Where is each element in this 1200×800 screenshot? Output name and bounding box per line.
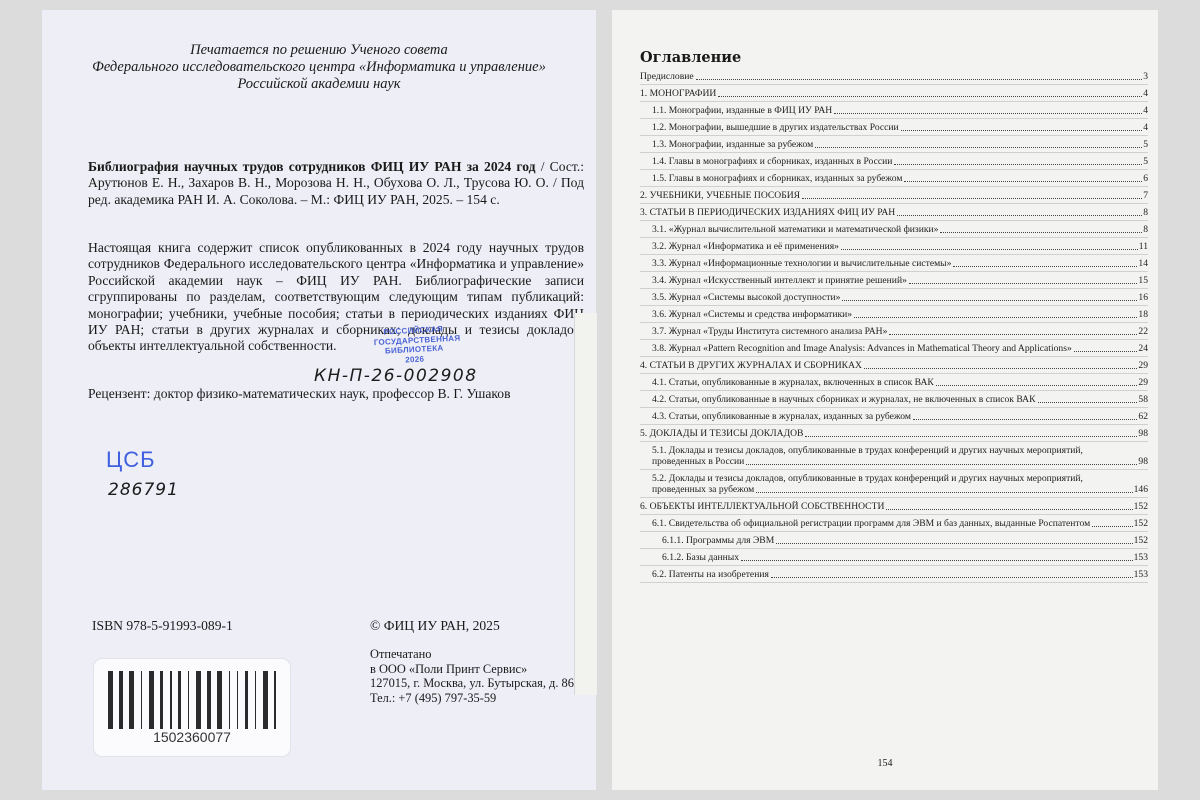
- toc-dot-leader: [776, 543, 1132, 544]
- toc-dot-leader: [741, 560, 1133, 561]
- toc-entry[interactable]: 3.7. Журнал «Труды Института системного …: [640, 323, 1148, 340]
- toc-entry[interactable]: 1.2. Монографии, вышедшие в других издат…: [640, 119, 1148, 136]
- toc-entry[interactable]: 3.8. Журнал «Pattern Recognition and Ima…: [640, 340, 1148, 357]
- toc-dot-leader: [901, 130, 1143, 131]
- toc-dot-leader: [834, 113, 1142, 114]
- library-stamp: РОССИЙСКАЯ ГОСУДАРСТВЕННАЯ БИБЛИОТЕКА 20…: [373, 324, 455, 366]
- toc-entry-label: 1. МОНОГРАФИИ: [640, 88, 716, 99]
- printer-line: Тел.: +7 (495) 797-35-59: [370, 691, 574, 706]
- toc-dot-leader: [936, 385, 1138, 386]
- toc-entry-label: Предисловие: [640, 71, 694, 82]
- toc-dot-leader: [1038, 402, 1138, 403]
- toc-dot-leader: [1074, 351, 1138, 352]
- toc-entry[interactable]: 6. ОБЪЕКТЫ ИНТЕЛЛЕКТУАЛЬНОЙ СОБСТВЕННОСТ…: [640, 498, 1148, 515]
- toc-entry-page: 4: [1143, 105, 1148, 116]
- toc-entry[interactable]: 3.1. «Журнал вычислительной математики и…: [640, 221, 1148, 238]
- barcode-number: 1502360077: [94, 729, 290, 745]
- toc-entry-page: 152: [1134, 501, 1148, 512]
- toc-entry-page: 18: [1138, 309, 1148, 320]
- toc-entry-label: 3.4. Журнал «Искусственный интеллект и п…: [652, 275, 907, 286]
- toc-dot-leader: [756, 492, 1132, 493]
- toc-title: Оглавление: [640, 49, 741, 66]
- toc-entry[interactable]: 5.2. Доклады и тезисы докладов, опублико…: [640, 470, 1148, 498]
- toc-dot-leader: [842, 300, 1137, 301]
- left-page-back-cover: Печатается по решению Ученого совета Фед…: [42, 10, 596, 790]
- toc-entry-page: 98: [1138, 428, 1148, 439]
- toc-entry[interactable]: 5. ДОКЛАДЫ И ТЕЗИСЫ ДОКЛАДОВ98: [640, 425, 1148, 442]
- toc-entry[interactable]: 1.3. Монографии, изданные за рубежом5: [640, 136, 1148, 153]
- toc-entry[interactable]: 4.2. Статьи, опубликованные в научных сб…: [640, 391, 1148, 408]
- toc-entry[interactable]: 6.1. Свидетельства об официальной регист…: [640, 515, 1148, 532]
- toc-entry[interactable]: 1.5. Главы в монографиях и сборниках, из…: [640, 170, 1148, 187]
- toc-entry[interactable]: 1.4. Главы в монографиях и сборниках, из…: [640, 153, 1148, 170]
- toc-entry-page: 3: [1143, 71, 1148, 82]
- toc-entry-page: 24: [1138, 343, 1148, 354]
- toc-dot-leader: [940, 232, 1142, 233]
- toc-entry-page: 152: [1134, 535, 1148, 546]
- toc-dot-leader: [696, 79, 1143, 80]
- toc-entry[interactable]: 4.3. Статьи, опубликованные в журналах, …: [640, 408, 1148, 425]
- toc-dot-leader: [904, 181, 1142, 182]
- right-page-contents: Оглавление Предисловие31. МОНОГРАФИИ41.1…: [612, 10, 1158, 790]
- toc-entry-label: 5.1. Доклады и тезисы докладов, опублико…: [652, 445, 1083, 456]
- toc-entry-line: 5.1. Доклады и тезисы докладов, опублико…: [652, 445, 1148, 456]
- toc-entry-line: проведенных за рубежом146: [652, 484, 1148, 495]
- toc-entry-label: 3. СТАТЬИ В ПЕРИОДИЧЕСКИХ ИЗДАНИЯХ ФИЦ И…: [640, 207, 895, 218]
- toc-entry-label: 1.4. Главы в монографиях и сборниках, из…: [652, 156, 892, 167]
- toc-entry-label: 6.1. Свидетельства об официальной регист…: [652, 518, 1090, 529]
- toc-entry[interactable]: 4.1. Статьи, опубликованные в журналах, …: [640, 374, 1148, 391]
- toc-entry[interactable]: 3.2. Журнал «Информатика и её применения…: [640, 238, 1148, 255]
- toc-dot-leader: [771, 577, 1133, 578]
- toc-dot-leader: [805, 436, 1137, 437]
- toc-entry[interactable]: 3.6. Журнал «Системы и средства информат…: [640, 306, 1148, 323]
- toc-entry-label: 6.2. Патенты на изобретения: [652, 569, 769, 580]
- registration-number: КН-П-26-002908: [314, 366, 478, 386]
- toc-entry-page: 62: [1138, 411, 1148, 422]
- toc-dot-leader: [802, 198, 1142, 199]
- toc-entry[interactable]: 3.4. Журнал «Искусственный интеллект и п…: [640, 272, 1148, 289]
- toc-entry[interactable]: 4. СТАТЬИ В ДРУГИХ ЖУРНАЛАХ И СБОРНИКАХ2…: [640, 357, 1148, 374]
- toc-entry-page: 153: [1134, 552, 1148, 563]
- toc-entry-label: 4.1. Статьи, опубликованные в журналах, …: [652, 377, 934, 388]
- toc-entry-label: 5. ДОКЛАДЫ И ТЕЗИСЫ ДОКЛАДОВ: [640, 428, 803, 439]
- toc-dot-leader: [718, 96, 1142, 97]
- toc-entry-page: 5: [1143, 156, 1148, 167]
- toc-entry-page: 4: [1143, 88, 1148, 99]
- toc-entry[interactable]: 3.3. Журнал «Информационные технологии и…: [640, 255, 1148, 272]
- printer-info: Отпечатано в ООО «Поли Принт Сервис» 127…: [370, 647, 574, 705]
- toc-entry-label: 4.2. Статьи, опубликованные в научных сб…: [652, 394, 1036, 405]
- toc-entry-page: 146: [1134, 484, 1148, 495]
- toc-entry-label: 4. СТАТЬИ В ДРУГИХ ЖУРНАЛАХ И СБОРНИКАХ: [640, 360, 862, 371]
- barcode-label: 1502360077: [93, 658, 291, 757]
- toc-entry[interactable]: 3. СТАТЬИ В ПЕРИОДИЧЕСКИХ ИЗДАНИЯХ ФИЦ И…: [640, 204, 1148, 221]
- toc-entry-label-cont: проведенных в России: [652, 456, 744, 467]
- toc-entry-label: 6. ОБЪЕКТЫ ИНТЕЛЛЕКТУАЛЬНОЙ СОБСТВЕННОСТ…: [640, 501, 884, 512]
- toc-dot-leader: [746, 464, 1137, 465]
- toc-entry[interactable]: 6.1.2. Базы данных153: [640, 549, 1148, 566]
- toc-entry-page: 5: [1143, 139, 1148, 150]
- toc-entry-page: 15: [1138, 275, 1148, 286]
- toc-entry-page: 58: [1138, 394, 1148, 405]
- toc-entry[interactable]: 6.2. Патенты на изобретения153: [640, 566, 1148, 583]
- toc-entry[interactable]: 6.1.1. Программы для ЭВМ152: [640, 532, 1148, 549]
- toc-entry-label: 1.5. Главы в монографиях и сборниках, из…: [652, 173, 902, 184]
- toc-entry-page: 152: [1134, 518, 1148, 529]
- toc-entry-page: 14: [1138, 258, 1148, 269]
- toc-dot-leader: [897, 215, 1142, 216]
- page-number: 154: [612, 758, 1158, 769]
- toc-dot-leader: [894, 164, 1142, 165]
- toc-entry-label: 5.2. Доклады и тезисы докладов, опублико…: [652, 473, 1083, 484]
- bibliographic-record: Библиография научных трудов сотрудников …: [88, 159, 584, 208]
- imprint-line: Российской академии наук: [42, 76, 596, 93]
- toc-entry-page: 29: [1138, 377, 1148, 388]
- reviewer: Рецензент: доктор физико-математических …: [88, 386, 511, 402]
- table-of-contents: Предисловие31. МОНОГРАФИИ41.1. Монографи…: [640, 68, 1148, 583]
- toc-entry-label: 3.8. Журнал «Pattern Recognition and Ima…: [652, 343, 1072, 354]
- toc-dot-leader: [953, 266, 1137, 267]
- imprint-note: Печатается по решению Ученого совета Фед…: [42, 42, 596, 93]
- copyright: © ФИЦ ИУ РАН, 2025: [370, 618, 500, 634]
- toc-entry-page: 6: [1143, 173, 1148, 184]
- csb-stamp: ЦСБ: [106, 447, 156, 473]
- toc-entry-label: 3.5. Журнал «Системы высокой доступности…: [652, 292, 840, 303]
- bib-title: Библиография научных трудов сотрудников …: [88, 159, 536, 174]
- toc-entry-label: 6.1.1. Программы для ЭВМ: [662, 535, 774, 546]
- csb-number: 286791: [108, 480, 179, 500]
- toc-entry[interactable]: 3.5. Журнал «Системы высокой доступности…: [640, 289, 1148, 306]
- toc-dot-leader: [886, 509, 1132, 510]
- toc-entry-page: 29: [1138, 360, 1148, 371]
- toc-entry-label: 3.2. Журнал «Информатика и её применения…: [652, 241, 839, 252]
- toc-dot-leader: [1092, 526, 1132, 527]
- toc-entry[interactable]: 2. УЧЕБНИКИ, УЧЕБНЫЕ ПОСОБИЯ7: [640, 187, 1148, 204]
- toc-dot-leader: [889, 334, 1137, 335]
- toc-dot-leader: [841, 249, 1138, 250]
- toc-entry-page: 8: [1143, 207, 1148, 218]
- toc-entry-page: 16: [1138, 292, 1148, 303]
- toc-entry[interactable]: 1.1. Монографии, изданные в ФИЦ ИУ РАН4: [640, 102, 1148, 119]
- toc-entry-label-cont: проведенных за рубежом: [652, 484, 754, 495]
- toc-dot-leader: [854, 317, 1137, 318]
- barcode-bars: [108, 671, 276, 729]
- toc-entry[interactable]: 5.1. Доклады и тезисы докладов, опублико…: [640, 442, 1148, 470]
- printer-line: Отпечатано: [370, 647, 574, 662]
- toc-entry-label: 1.2. Монографии, вышедшие в других издат…: [652, 122, 899, 133]
- toc-entry-page: 7: [1143, 190, 1148, 201]
- toc-entry-label: 3.6. Журнал «Системы и средства информат…: [652, 309, 852, 320]
- toc-entry-line: 5.2. Доклады и тезисы докладов, опублико…: [652, 473, 1148, 484]
- toc-entry-label: 3.1. «Журнал вычислительной математики и…: [652, 224, 938, 235]
- toc-entry-label: 4.3. Статьи, опубликованные в журналах, …: [652, 411, 911, 422]
- toc-entry-label: 1.3. Монографии, изданные за рубежом: [652, 139, 813, 150]
- toc-entry-page: 11: [1139, 241, 1148, 252]
- printer-line: в ООО «Поли Принт Сервис»: [370, 662, 574, 677]
- toc-dot-leader: [864, 368, 1137, 369]
- toc-entry-label: 3.3. Журнал «Информационные технологии и…: [652, 258, 951, 269]
- toc-dot-leader: [913, 419, 1137, 420]
- printer-line: 127015, г. Москва, ул. Бутырская, д. 86: [370, 676, 574, 691]
- toc-entry-label: 1.1. Монографии, изданные в ФИЦ ИУ РАН: [652, 105, 832, 116]
- paper-strip: [574, 313, 597, 695]
- toc-dot-leader: [909, 283, 1138, 284]
- toc-entry-page: 8: [1143, 224, 1148, 235]
- toc-entry-label: 2. УЧЕБНИКИ, УЧЕБНЫЕ ПОСОБИЯ: [640, 190, 800, 201]
- imprint-line: Печатается по решению Ученого совета: [42, 42, 596, 59]
- toc-entry-page: 98: [1138, 456, 1148, 467]
- toc-entry[interactable]: Предисловие3: [640, 68, 1148, 85]
- toc-entry[interactable]: 1. МОНОГРАФИИ4: [640, 85, 1148, 102]
- toc-entry-line: проведенных в России98: [652, 456, 1148, 467]
- toc-entry-label: 3.7. Журнал «Труды Института системного …: [652, 326, 887, 337]
- toc-entry-page: 4: [1143, 122, 1148, 133]
- imprint-line: Федерального исследовательского центра «…: [42, 59, 596, 76]
- toc-entry-label: 6.1.2. Базы данных: [662, 552, 739, 563]
- abstract: Настоящая книга содержит список опублико…: [88, 240, 584, 355]
- toc-entry-page: 153: [1134, 569, 1148, 580]
- toc-dot-leader: [815, 147, 1142, 148]
- toc-entry-page: 22: [1138, 326, 1148, 337]
- isbn: ISBN 978-5-91993-089-1: [92, 618, 233, 634]
